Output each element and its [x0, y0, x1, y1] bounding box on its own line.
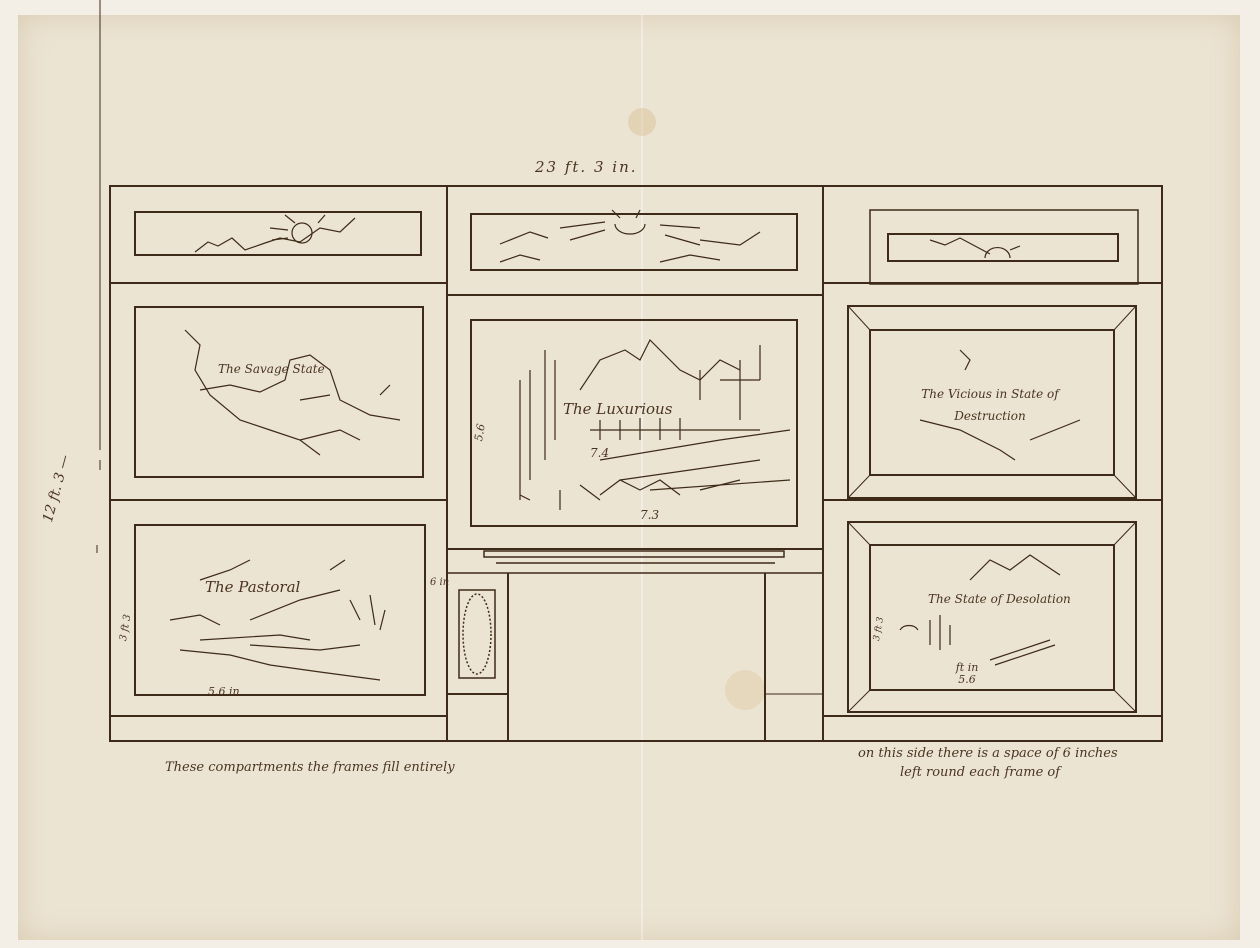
note-bottom-right-1: on this side there is a space of 6 inche… [858, 746, 1118, 761]
pastoral-side-dim: 6 in [430, 577, 449, 588]
overall-width-label: 23 ft. 3 in. [535, 158, 638, 176]
destruction-label: The Vicious in State of Destruction [905, 383, 1075, 427]
note-bottom-left: These compartments the frames fill entir… [165, 760, 455, 775]
desolation-label: The State of Desolation [928, 592, 1071, 606]
savage-state-label: The Savage State [218, 362, 325, 376]
pastoral-label: The Pastoral [205, 578, 300, 596]
luxurious-dim-bottom: 7.3 [640, 508, 659, 522]
elevation-drawing [0, 0, 1260, 948]
desolation-dim: ft in 5.6 [955, 662, 979, 686]
pastoral-dim: 5.6 in [208, 685, 240, 698]
note-bottom-right-2: left round each frame of [900, 765, 1060, 780]
luxurious-dim-width: 7.4 [590, 446, 609, 460]
luxurious-label: The Luxurious [563, 400, 672, 418]
